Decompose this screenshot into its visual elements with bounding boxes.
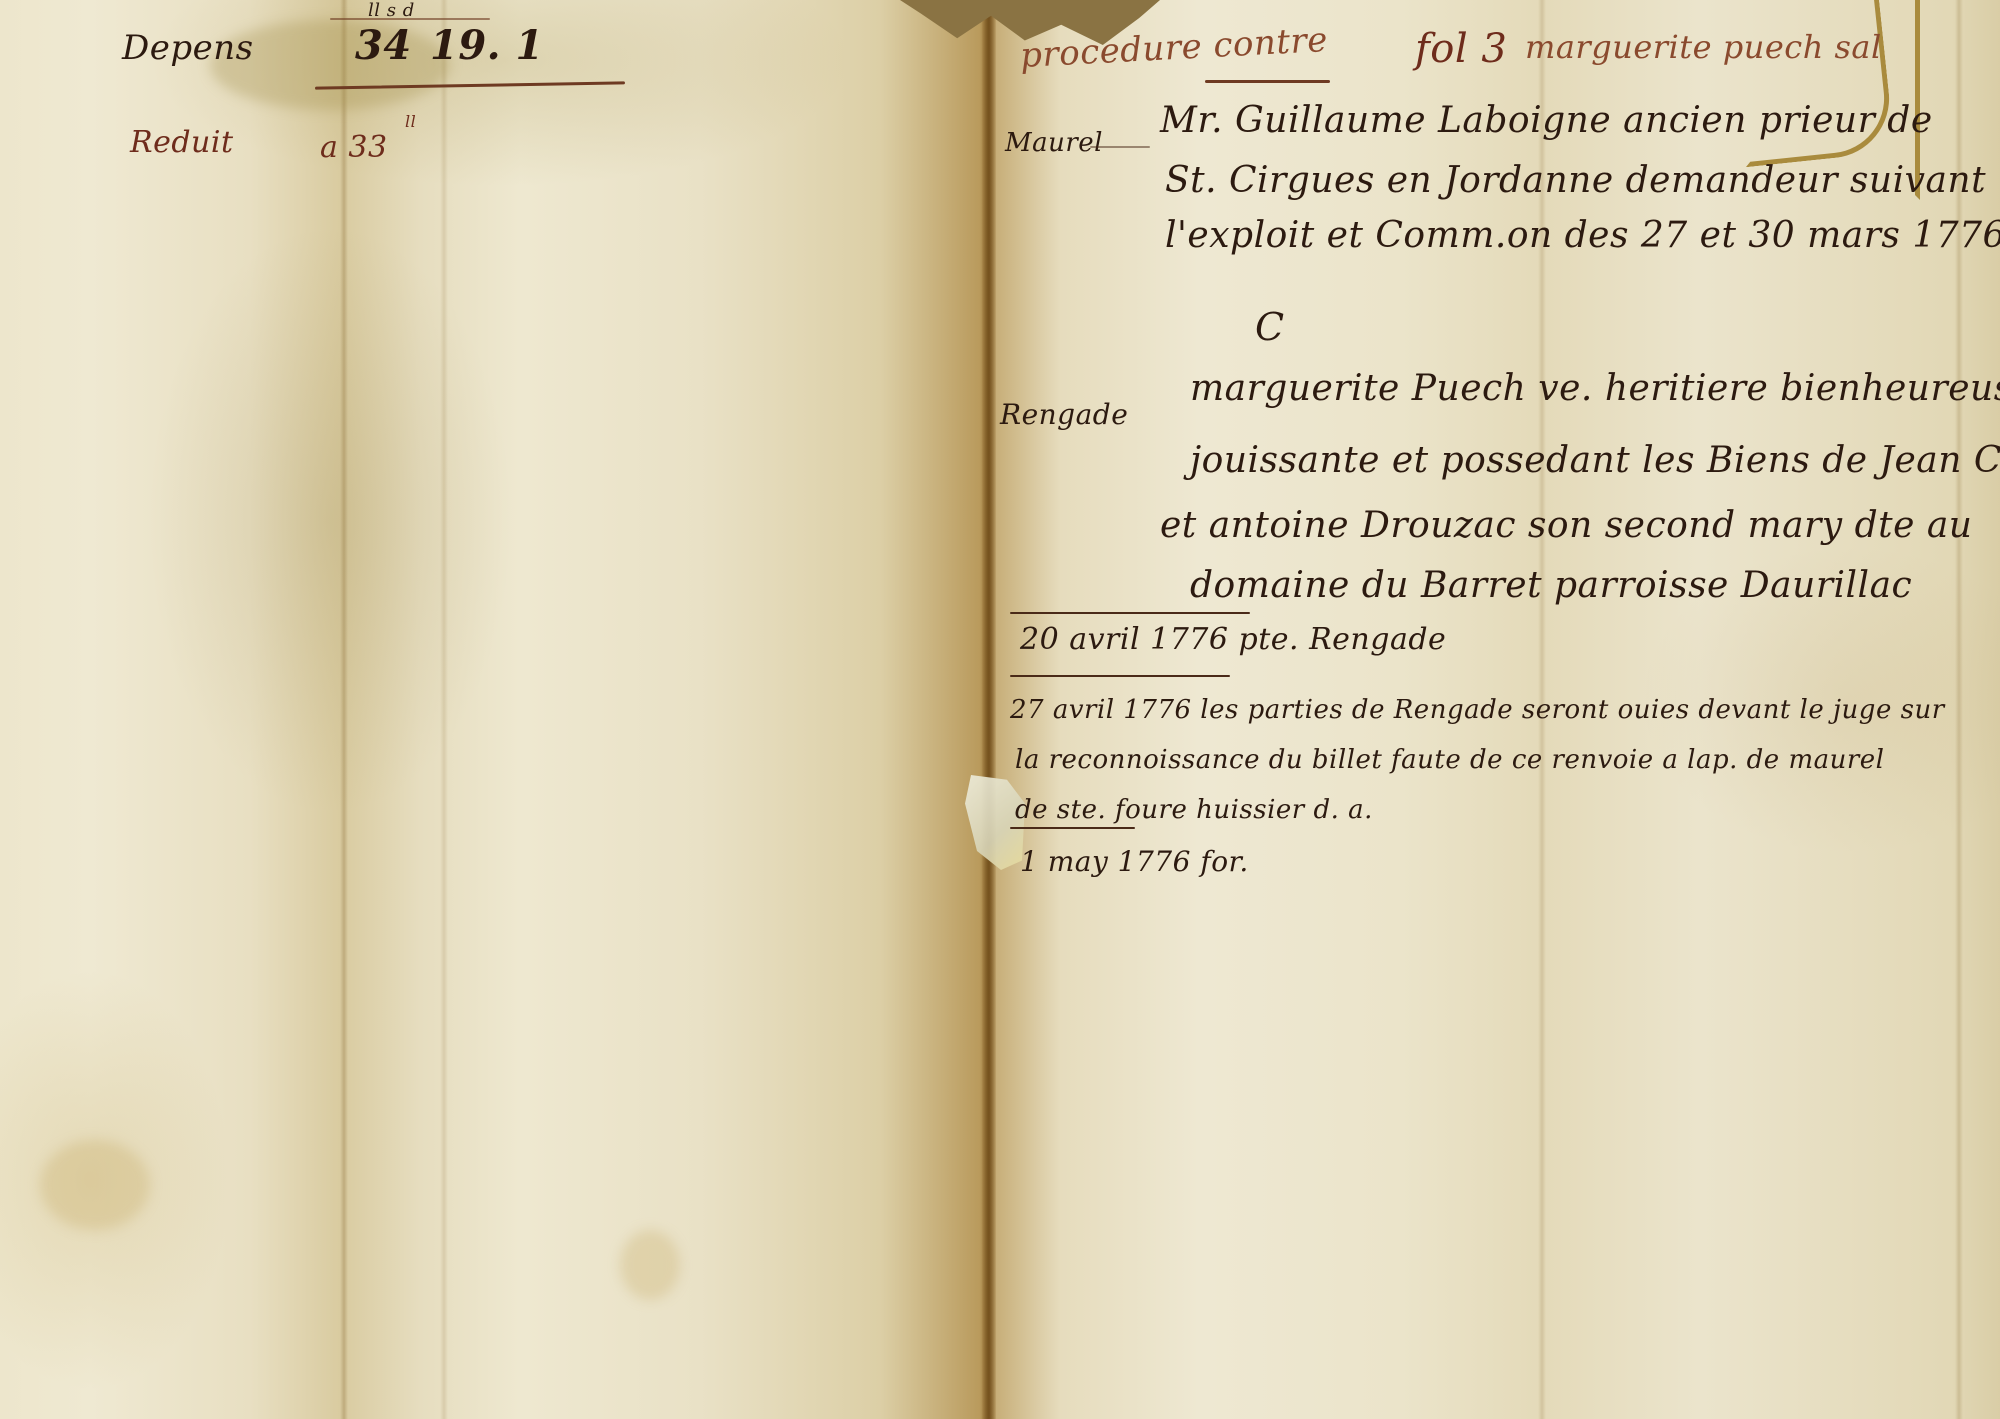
folio-underline: [1205, 80, 1330, 83]
entry-3-date-line: 1 may 1776 for.: [1020, 845, 1249, 878]
entry-separator-3: [1010, 827, 1135, 829]
entry-2-line-3: de ste. foure huissier d. a.: [1015, 795, 1373, 825]
plaintiff-line-3: l'exploit et Comm.on des 27 et 30 mars 1…: [1165, 215, 2000, 256]
stain-left-bottom: [40, 1140, 150, 1230]
fold-line-far-right: [1955, 0, 1963, 1419]
binding-string-loop: [1725, 0, 1895, 167]
entry-2-line-2: la reconnoissance du billet faute de ce …: [1015, 745, 1884, 775]
defendant-line-2: jouissante et possedant les Biens de Jea…: [1190, 440, 2000, 481]
entry-separator-1: [1010, 612, 1250, 614]
plaintiff-line-2: St. Cirgues en Jordanne demandeur suivan…: [1165, 160, 1986, 201]
defendant-line-1: marguerite Puech ve. heritiere bienheure…: [1190, 368, 2000, 409]
expenses-amount: 34: [355, 22, 412, 69]
plaintiff-line-1: Mr. Guillaume Laboigne ancien prieur de: [1160, 100, 1933, 141]
header-folio: fol 3: [1415, 26, 1507, 72]
reduced-value: a 33: [320, 130, 388, 165]
manuscript-spread: Depens 34 19. 1 ll s d Reduit a 33 ll pr…: [0, 0, 2000, 1419]
header-title: procedure contre: [1019, 20, 1329, 76]
defendant-margin-label: Rengade: [1000, 398, 1128, 431]
entry-separator-2: [1010, 675, 1230, 677]
reduced-superscript: ll: [405, 112, 416, 131]
expenses-amount-units: 19. 1: [430, 22, 544, 69]
defendant-line-4: domaine du Barret parroisse Daurillac: [1190, 565, 1912, 606]
fold-line-left-inner: [440, 0, 448, 1419]
plaintiff-margin-label: Maurel: [1005, 128, 1103, 158]
binding-gutter: [982, 0, 996, 1419]
defendant-line-3: et antoine Drouzac son second mary dte a…: [1160, 505, 1972, 546]
entry-2-line-1: 27 avril 1776 les parties de Rengade ser…: [1010, 695, 1945, 725]
header-subject: marguerite puech sal: [1525, 28, 1882, 66]
fold-line-left: [340, 0, 348, 1419]
versus-mark: C: [1255, 305, 1285, 349]
reduced-label: Reduit: [130, 125, 234, 160]
stain-left-mid: [620, 1230, 680, 1300]
plaintiff-margin-rule: [1090, 146, 1150, 148]
expenses-overline: [330, 18, 490, 20]
expenses-label: Depens: [122, 28, 254, 68]
entry-1-date-line: 20 avril 1776 pte. Rengade: [1020, 622, 1446, 657]
